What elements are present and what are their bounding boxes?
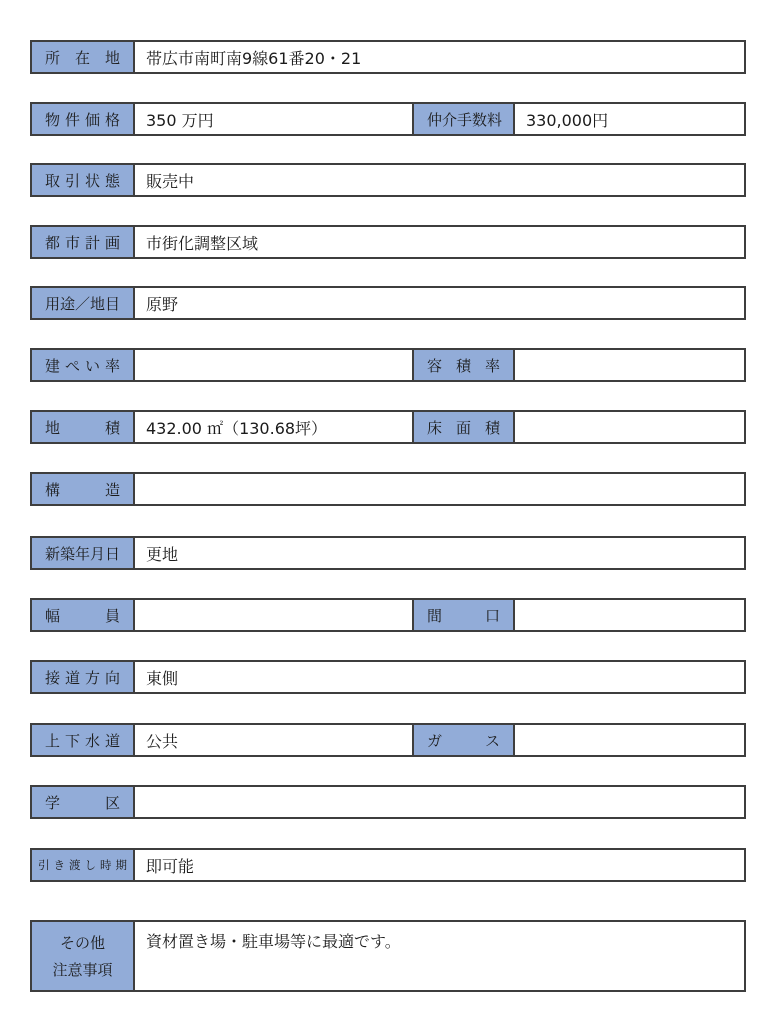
field-label: 取引状態 bbox=[45, 170, 120, 191]
property-spec-sheet: 所在地 帯広市南町南9線61番20・21 物件価格 350 万円 仲介手数料 3… bbox=[0, 0, 776, 1024]
construction-date-value-cell: 更地 bbox=[135, 538, 744, 568]
field-value: 350 万円 bbox=[146, 108, 214, 131]
row-price: 物件価格 350 万円 仲介手数料 330,000円 bbox=[30, 102, 746, 136]
field-value: 原野 bbox=[146, 292, 178, 315]
price-label-cell: 物件価格 bbox=[32, 104, 135, 134]
floor-area-ratio-label-cell: 容積率 bbox=[412, 350, 515, 380]
frontage-label-cell: 間口 bbox=[412, 600, 515, 630]
gas-label-cell: ガス bbox=[412, 725, 515, 755]
field-label: 幅員 bbox=[45, 605, 120, 626]
land-use-label-cell: 用途／地目 bbox=[32, 288, 135, 318]
field-label: 建ぺい率 bbox=[45, 355, 120, 376]
other-notes-value-cell: 資材置き場・駐車場等に最適です。 bbox=[135, 922, 744, 990]
field-label: 新築年月日 bbox=[45, 543, 120, 564]
school-district-label-cell: 学区 bbox=[32, 787, 135, 817]
road-direction-value-cell: 東側 bbox=[135, 662, 744, 692]
row-road-width: 幅員 間口 bbox=[30, 598, 746, 632]
road-direction-label-cell: 接道方向 bbox=[32, 662, 135, 692]
floor-area-ratio-value-cell bbox=[515, 350, 744, 380]
field-value: 330,000円 bbox=[526, 108, 608, 131]
field-value: 公共 bbox=[146, 729, 178, 752]
row-land-area: 地積 432.00 ㎡（130.68坪） 床面積 bbox=[30, 410, 746, 444]
brokerage-fee-value-cell: 330,000円 bbox=[515, 104, 744, 134]
land-area-label-cell: 地積 bbox=[32, 412, 135, 442]
row-land-use: 用途／地目 原野 bbox=[30, 286, 746, 320]
coverage-ratio-label-cell: 建ぺい率 bbox=[32, 350, 135, 380]
field-label: ガス bbox=[427, 730, 500, 751]
field-label: 都市計画 bbox=[45, 232, 120, 253]
field-value: 432.00 ㎡（130.68坪） bbox=[146, 416, 327, 439]
row-structure: 構造 bbox=[30, 472, 746, 506]
field-label: 地積 bbox=[45, 417, 120, 438]
row-water-sewer: 上下水道 公共 ガス bbox=[30, 723, 746, 757]
field-value: 即可能 bbox=[146, 854, 194, 877]
field-label: 物件価格 bbox=[45, 109, 120, 130]
status-value-cell: 販売中 bbox=[135, 165, 744, 195]
field-label-line2: 注意事項 bbox=[52, 959, 112, 980]
road-width-label-cell: 幅員 bbox=[32, 600, 135, 630]
floor-area-label-cell: 床面積 bbox=[412, 412, 515, 442]
brokerage-fee-label-cell: 仲介手数料 bbox=[412, 104, 515, 134]
field-label: 引き渡し時期 bbox=[38, 857, 127, 873]
field-value: 市街化調整区域 bbox=[146, 231, 258, 254]
price-value-cell: 350 万円 bbox=[135, 104, 412, 134]
field-label: 床面積 bbox=[427, 417, 500, 438]
row-other-notes: その他 注意事項 資材置き場・駐車場等に最適です。 bbox=[30, 920, 746, 992]
coverage-ratio-value-cell bbox=[135, 350, 412, 380]
road-width-value-cell bbox=[135, 600, 412, 630]
field-label: 間口 bbox=[427, 605, 500, 626]
city-planning-value-cell: 市街化調整区域 bbox=[135, 227, 744, 257]
gas-value-cell bbox=[515, 725, 744, 755]
field-label: 上下水道 bbox=[45, 730, 120, 751]
field-label: 用途／地目 bbox=[45, 293, 120, 314]
row-coverage-ratio: 建ぺい率 容積率 bbox=[30, 348, 746, 382]
land-area-value-cell: 432.00 ㎡（130.68坪） bbox=[135, 412, 412, 442]
row-road-direction: 接道方向 東側 bbox=[30, 660, 746, 694]
water-sewer-value-cell: 公共 bbox=[135, 725, 412, 755]
field-label: 所在地 bbox=[45, 47, 120, 68]
field-label: 構造 bbox=[45, 479, 120, 500]
delivery-time-value-cell: 即可能 bbox=[135, 850, 744, 880]
field-label: 仲介手数料 bbox=[427, 109, 500, 130]
other-notes-label-cell: その他 注意事項 bbox=[32, 922, 135, 990]
location-value-cell: 帯広市南町南9線61番20・21 bbox=[135, 42, 744, 72]
status-label-cell: 取引状態 bbox=[32, 165, 135, 195]
field-value: 資材置き場・駐車場等に最適です。 bbox=[146, 929, 401, 952]
city-planning-label-cell: 都市計画 bbox=[32, 227, 135, 257]
construction-date-label-cell: 新築年月日 bbox=[32, 538, 135, 568]
row-transaction-status: 取引状態 販売中 bbox=[30, 163, 746, 197]
school-district-value-cell bbox=[135, 787, 744, 817]
delivery-time-label-cell: 引き渡し時期 bbox=[32, 850, 135, 880]
structure-value-cell bbox=[135, 474, 744, 504]
structure-label-cell: 構造 bbox=[32, 474, 135, 504]
field-value: 販売中 bbox=[146, 169, 194, 192]
field-label: 容積率 bbox=[427, 355, 500, 376]
field-label-line1: その他 bbox=[60, 932, 105, 953]
row-construction-date: 新築年月日 更地 bbox=[30, 536, 746, 570]
field-label: 学区 bbox=[45, 792, 120, 813]
field-value: 東側 bbox=[146, 666, 178, 689]
row-location: 所在地 帯広市南町南9線61番20・21 bbox=[30, 40, 746, 74]
field-value: 更地 bbox=[146, 542, 178, 565]
land-use-value-cell: 原野 bbox=[135, 288, 744, 318]
location-label-cell: 所在地 bbox=[32, 42, 135, 72]
floor-area-value-cell bbox=[515, 412, 744, 442]
field-value: 帯広市南町南9線61番20・21 bbox=[146, 46, 361, 69]
row-city-planning: 都市計画 市街化調整区域 bbox=[30, 225, 746, 259]
row-school-district: 学区 bbox=[30, 785, 746, 819]
frontage-value-cell bbox=[515, 600, 744, 630]
row-delivery-time: 引き渡し時期 即可能 bbox=[30, 848, 746, 882]
water-sewer-label-cell: 上下水道 bbox=[32, 725, 135, 755]
field-label: 接道方向 bbox=[45, 667, 120, 688]
